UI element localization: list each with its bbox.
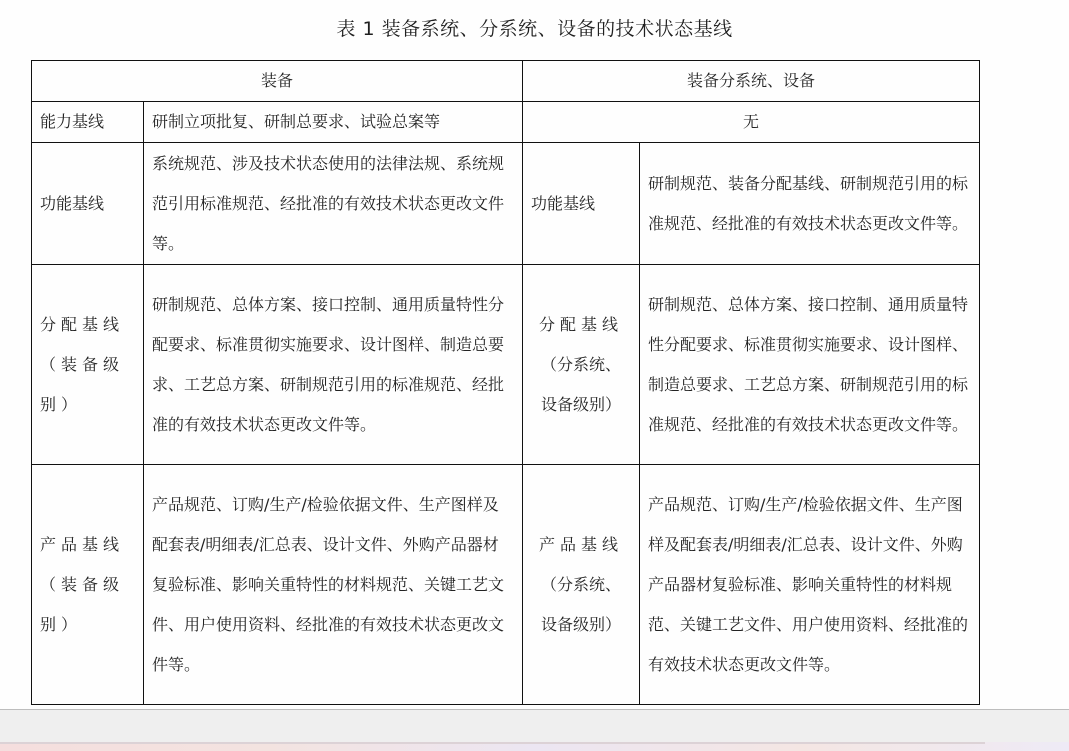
label-line: 产品基线: [40, 525, 135, 565]
label-line: （分系统、: [531, 565, 631, 605]
label-line: 别）: [40, 385, 135, 425]
header-subsystem-device: 装备分系统、设备: [523, 61, 980, 102]
label-line: （分系统、: [531, 345, 631, 385]
product-baseline-equipment-content: 产品规范、订购/生产/检验依据文件、生产图样及配套表/明细表/汇总表、设计文件、…: [144, 465, 523, 705]
label-line: 产品基线: [531, 525, 631, 565]
header-equipment: 装备: [32, 61, 523, 102]
table-row-product-baseline: 产品基线 （装备级 别） 产品规范、订购/生产/检验依据文件、生产图样及配套表/…: [32, 465, 980, 705]
label-line: 别）: [40, 605, 135, 645]
allocated-baseline-subsystem-label: 分配基线 （分系统、 设备级别）: [523, 265, 640, 465]
capability-baseline-label: 能力基线: [32, 102, 144, 143]
document-page: 表 1 装备系统、分系统、设备的技术状态基线 装备 装备分系统、设备 能力基线 …: [0, 0, 1069, 709]
allocated-baseline-subsystem-content: 研制规范、总体方案、接口控制、通用质量特性分配要求、标准贯彻实施要求、设计图样、…: [640, 265, 980, 465]
capability-baseline-equipment-content: 研制立项批复、研制总要求、试验总案等: [144, 102, 523, 143]
table-row-capability-baseline: 能力基线 研制立项批复、研制总要求、试验总案等 无: [32, 102, 980, 143]
functional-baseline-equipment-label: 功能基线: [32, 143, 144, 265]
label-line: 分配基线: [40, 305, 135, 345]
functional-baseline-subsystem-label: 功能基线: [523, 143, 640, 265]
functional-baseline-equipment-content: 系统规范、涉及技术状态使用的法律法规、系统规范引用标准规范、经批准的有效技术状态…: [144, 143, 523, 265]
label-line: 设备级别）: [531, 605, 631, 645]
bottom-gradient-strip: [0, 742, 1069, 751]
product-baseline-equipment-label: 产品基线 （装备级 别）: [32, 465, 144, 705]
label-line: 设备级别）: [531, 385, 631, 425]
allocated-baseline-equipment-content: 研制规范、总体方案、接口控制、通用质量特性分配要求、标准贯彻实施要求、设计图样、…: [144, 265, 523, 465]
label-line: （装备级: [40, 565, 135, 605]
product-baseline-subsystem-label: 产品基线 （分系统、 设备级别）: [523, 465, 640, 705]
table-header-row: 装备 装备分系统、设备: [32, 61, 980, 102]
table-caption: 表 1 装备系统、分系统、设备的技术状态基线: [0, 14, 1069, 41]
bottom-toolbar-area: [0, 709, 1069, 743]
table-row-functional-baseline: 功能基线 系统规范、涉及技术状态使用的法律法规、系统规范引用标准规范、经批准的有…: [32, 143, 980, 265]
label-line: 分配基线: [531, 305, 631, 345]
allocated-baseline-equipment-label: 分配基线 （装备级 别）: [32, 265, 144, 465]
label-line: （装备级: [40, 345, 135, 385]
baseline-table: 装备 装备分系统、设备 能力基线 研制立项批复、研制总要求、试验总案等 无 功能…: [31, 60, 980, 705]
capability-baseline-subsystem-content: 无: [523, 102, 980, 143]
functional-baseline-subsystem-content: 研制规范、装备分配基线、研制规范引用的标准规范、经批准的有效技术状态更改文件等。: [640, 143, 980, 265]
table-row-allocated-baseline: 分配基线 （装备级 别） 研制规范、总体方案、接口控制、通用质量特性分配要求、标…: [32, 265, 980, 465]
horizontal-scrollbar[interactable]: [0, 742, 985, 744]
product-baseline-subsystem-content: 产品规范、订购/生产/检验依据文件、生产图样及配套表/明细表/汇总表、设计文件、…: [640, 465, 980, 705]
